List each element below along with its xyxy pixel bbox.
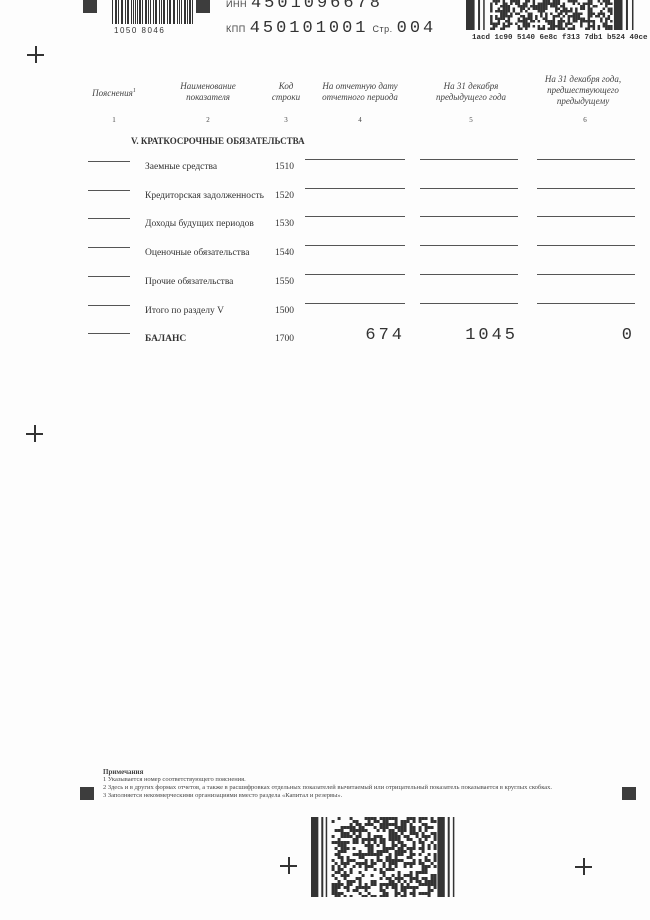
inn-field: ИНН 4501096678	[226, 0, 383, 13]
col-number: 1	[104, 116, 124, 124]
row-name: Прочие обязательства	[145, 277, 233, 287]
note-item: 1 Указывается номер соответствующего поя…	[103, 776, 603, 784]
hash-code: 1acd 1c90 5140 6e8c f313 7db1 b524 40ce	[472, 34, 648, 42]
note-ref-dash	[88, 247, 130, 248]
note-ref-dash	[88, 190, 130, 191]
col-header-6: На 31 декабря года, предшествующего пред…	[533, 74, 633, 107]
note-ref-dash	[88, 161, 130, 162]
row-value-v6: 0	[537, 326, 635, 345]
row-value-blank-v4	[305, 245, 405, 246]
pdf417-barcode-top	[466, 0, 638, 30]
note-ref-dash	[88, 218, 130, 219]
row-value-blank-v6	[537, 245, 635, 246]
row-value-blank-v5	[420, 303, 518, 304]
row-value-v4: 674	[305, 326, 405, 345]
note-item: 2 Здесь и в других формах отчетов, а так…	[103, 784, 603, 792]
page-number: 004	[397, 19, 437, 38]
barcode-bar	[159, 0, 160, 24]
row-value-blank-v5	[420, 216, 518, 217]
row-value-blank-v6	[537, 274, 635, 275]
col-header-2: Наименование показателя	[168, 81, 248, 103]
row-code: 1510	[275, 162, 294, 172]
barcode-bar	[153, 0, 154, 24]
row-value-blank-v6	[537, 159, 635, 160]
barcode-bar	[184, 0, 186, 24]
notes-block: Примечания 1 Указывается номер соответст…	[103, 768, 603, 800]
barcode-number: 1050 8046	[114, 26, 165, 35]
section-title: V. КРАТКОСРОЧНЫЕ ОБЯЗАТЕЛЬСТВА	[131, 136, 305, 146]
kpp-value: 450101001	[250, 19, 369, 38]
inn-label: ИНН	[226, 0, 247, 9]
row-name: Оценочные обязательства	[145, 248, 249, 258]
row-value-blank-v4	[305, 159, 405, 160]
barcode-bar	[142, 0, 143, 24]
row-value-blank-v5	[420, 245, 518, 246]
note-ref-dash	[88, 276, 130, 277]
row-code: 1550	[275, 277, 294, 287]
row-value-blank-v4	[305, 274, 405, 275]
kpp-field: КПП 450101001 Стр. 004	[226, 19, 436, 38]
barcode-bar	[192, 0, 193, 24]
row-code: 1540	[275, 248, 294, 258]
registration-marker	[622, 787, 636, 800]
barcode-bar	[125, 0, 126, 24]
note-ref-dash	[88, 305, 130, 306]
barcode-bar	[173, 0, 175, 24]
inn-value: 4501096678	[251, 0, 383, 13]
row-name: Заемные средства	[145, 162, 217, 172]
col-number: 6	[575, 116, 595, 124]
barcode-bar	[131, 0, 132, 24]
pdf417-barcode-bottom	[311, 817, 458, 897]
row-value-v5: 1045	[420, 326, 518, 345]
page-label: Стр.	[373, 24, 393, 34]
barcode-bar	[112, 0, 113, 24]
barcode-bar	[161, 0, 162, 24]
barcode-bar	[137, 0, 138, 24]
barcode-bar	[121, 0, 123, 24]
footnote-ref: 1	[133, 88, 136, 94]
col-number: 3	[276, 116, 296, 124]
registration-marker	[80, 787, 94, 800]
col-header-3: Код строки	[268, 81, 304, 103]
barcode-bar	[177, 0, 178, 24]
row-name: Итого по разделу V	[145, 306, 224, 316]
note-ref-dash	[88, 333, 130, 334]
notes-title: Примечания	[103, 768, 603, 776]
barcode-bar	[115, 0, 117, 24]
row-value-blank-v4	[305, 188, 405, 189]
barcode-bar	[189, 0, 191, 24]
crop-mark-icon	[27, 46, 44, 63]
col-number: 4	[350, 116, 370, 124]
row-code: 1500	[275, 306, 294, 316]
crop-mark-icon	[280, 857, 297, 874]
col-header-label: Пояснения	[92, 88, 133, 98]
barcode-bar	[133, 0, 134, 24]
barcode-bar	[127, 0, 129, 24]
barcode-bar	[139, 0, 141, 24]
row-value-blank-v6	[537, 216, 635, 217]
row-name: Доходы будущих периодов	[145, 219, 254, 229]
barcode-bar	[163, 0, 165, 24]
row-name: БАЛАНС	[145, 334, 186, 344]
row-code: 1700	[275, 334, 294, 344]
row-value-blank-v5	[420, 274, 518, 275]
row-value-blank-v4	[305, 216, 405, 217]
barcode-bar	[148, 0, 149, 24]
barcode-bar	[118, 0, 119, 24]
barcode-bar	[135, 0, 136, 24]
crop-mark-icon	[26, 425, 43, 442]
note-item: 3 Заполняется некоммерческими организаци…	[103, 792, 603, 800]
row-code: 1530	[275, 219, 294, 229]
barcode-bar	[187, 0, 188, 24]
barcode-bar	[150, 0, 151, 24]
row-value-blank-v6	[537, 303, 635, 304]
row-value-blank-v4	[305, 303, 405, 304]
col-header-5: На 31 декабря предыдущего года	[425, 81, 517, 103]
linear-barcode	[112, 0, 195, 24]
row-value-blank-v6	[537, 188, 635, 189]
barcode-bar	[181, 0, 182, 24]
row-value-blank-v5	[420, 159, 518, 160]
barcode-bar	[167, 0, 168, 24]
registration-marker	[83, 0, 97, 13]
barcode-bar	[169, 0, 171, 24]
kpp-label: КПП	[226, 24, 246, 34]
row-code: 1520	[275, 191, 294, 201]
barcode-bar	[155, 0, 157, 24]
col-header-1: Пояснения1	[84, 86, 144, 99]
crop-mark-icon	[575, 858, 592, 875]
registration-marker	[196, 0, 210, 13]
row-value-blank-v5	[420, 188, 518, 189]
col-number: 2	[198, 116, 218, 124]
col-header-4: На отчетную дату отчетного периода	[310, 81, 410, 103]
row-name: Кредиторская задолженность	[145, 191, 264, 201]
col-number: 5	[461, 116, 481, 124]
barcode-bar	[145, 0, 147, 24]
barcode-bar	[179, 0, 180, 24]
